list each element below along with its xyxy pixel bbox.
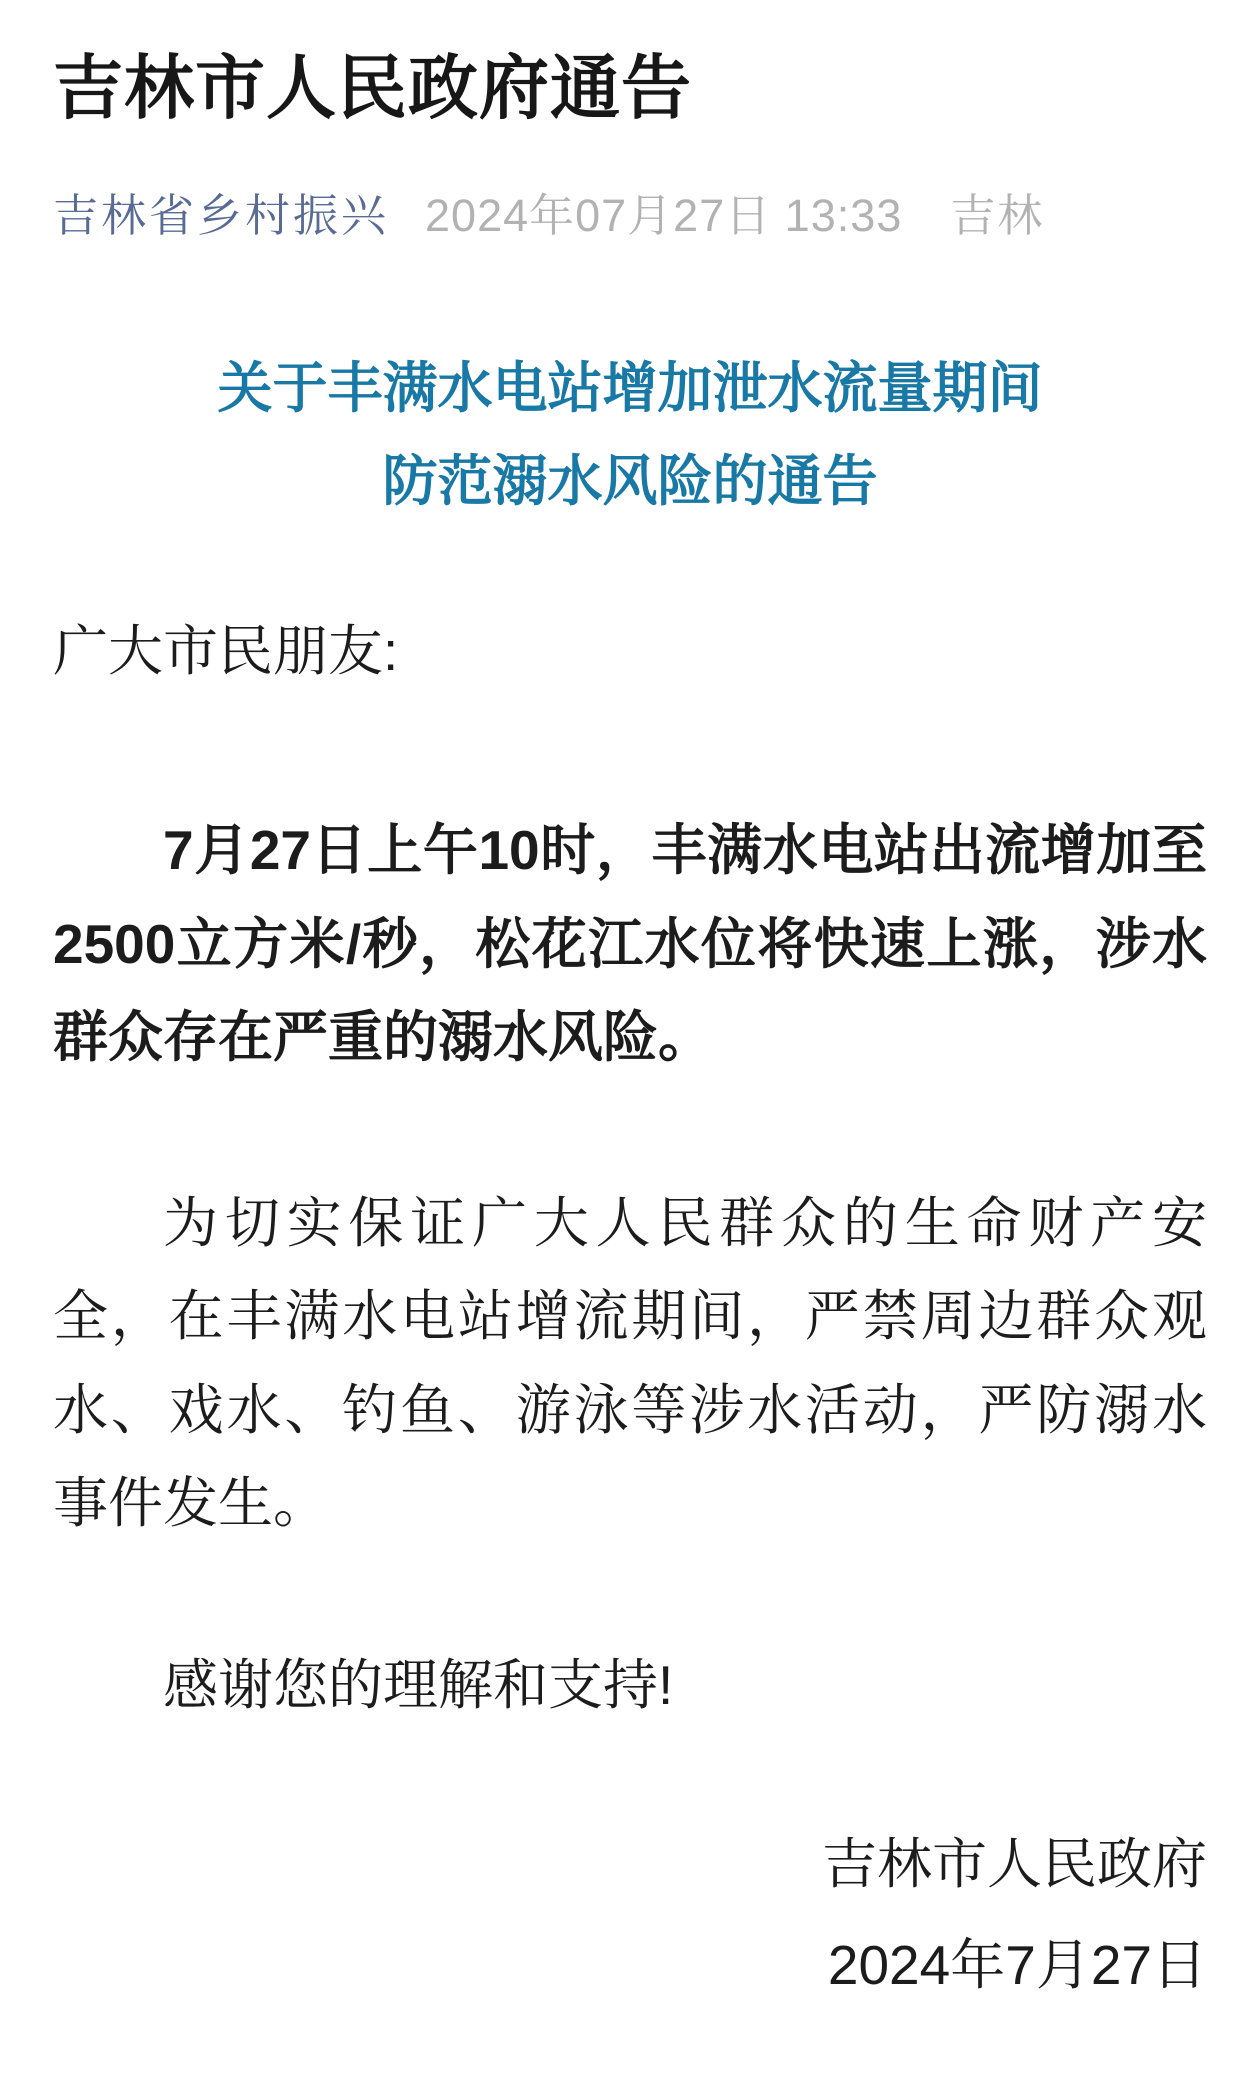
notice-heading: 关于丰满水电站增加泄水流量期间 防范溺水风险的通告: [53, 342, 1207, 529]
notice-heading-line2: 防范溺水风险的通告: [53, 435, 1207, 529]
salutation: 广大市民朋友:: [53, 605, 1207, 699]
paragraph-safety-measures: 为切实保证广大人民群众的生命财产安全，在丰满水电站增流期间，严禁周边群众观水、戏…: [53, 1177, 1207, 1551]
paragraph-thanks: 感谢您的理解和支持!: [53, 1639, 1207, 1733]
article-title: 吉林市人民政府通告: [53, 48, 1207, 129]
paragraph-flow-increase: 7月27日上午10时，丰满水电站出流增加至2500立方米/秒，松花江水位将快速上…: [53, 804, 1207, 1085]
publish-datetime: 2024年07月27日 13:33: [425, 193, 902, 238]
signature-date: 2024年7月27日: [53, 1919, 1207, 2013]
notice-heading-line1: 关于丰满水电站增加泄水流量期间: [53, 342, 1207, 436]
publish-location: 吉林: [950, 193, 1044, 238]
account-name-link[interactable]: 吉林省乡村振兴: [53, 193, 389, 238]
article-meta: 吉林省乡村振兴 2024年07月27日 13:33 吉林: [53, 193, 1207, 238]
article: 吉林市人民政府通告 吉林省乡村振兴 2024年07月27日 13:33 吉林 关…: [0, 0, 1260, 2070]
signature-name: 吉林市人民政府: [53, 1818, 1207, 1912]
